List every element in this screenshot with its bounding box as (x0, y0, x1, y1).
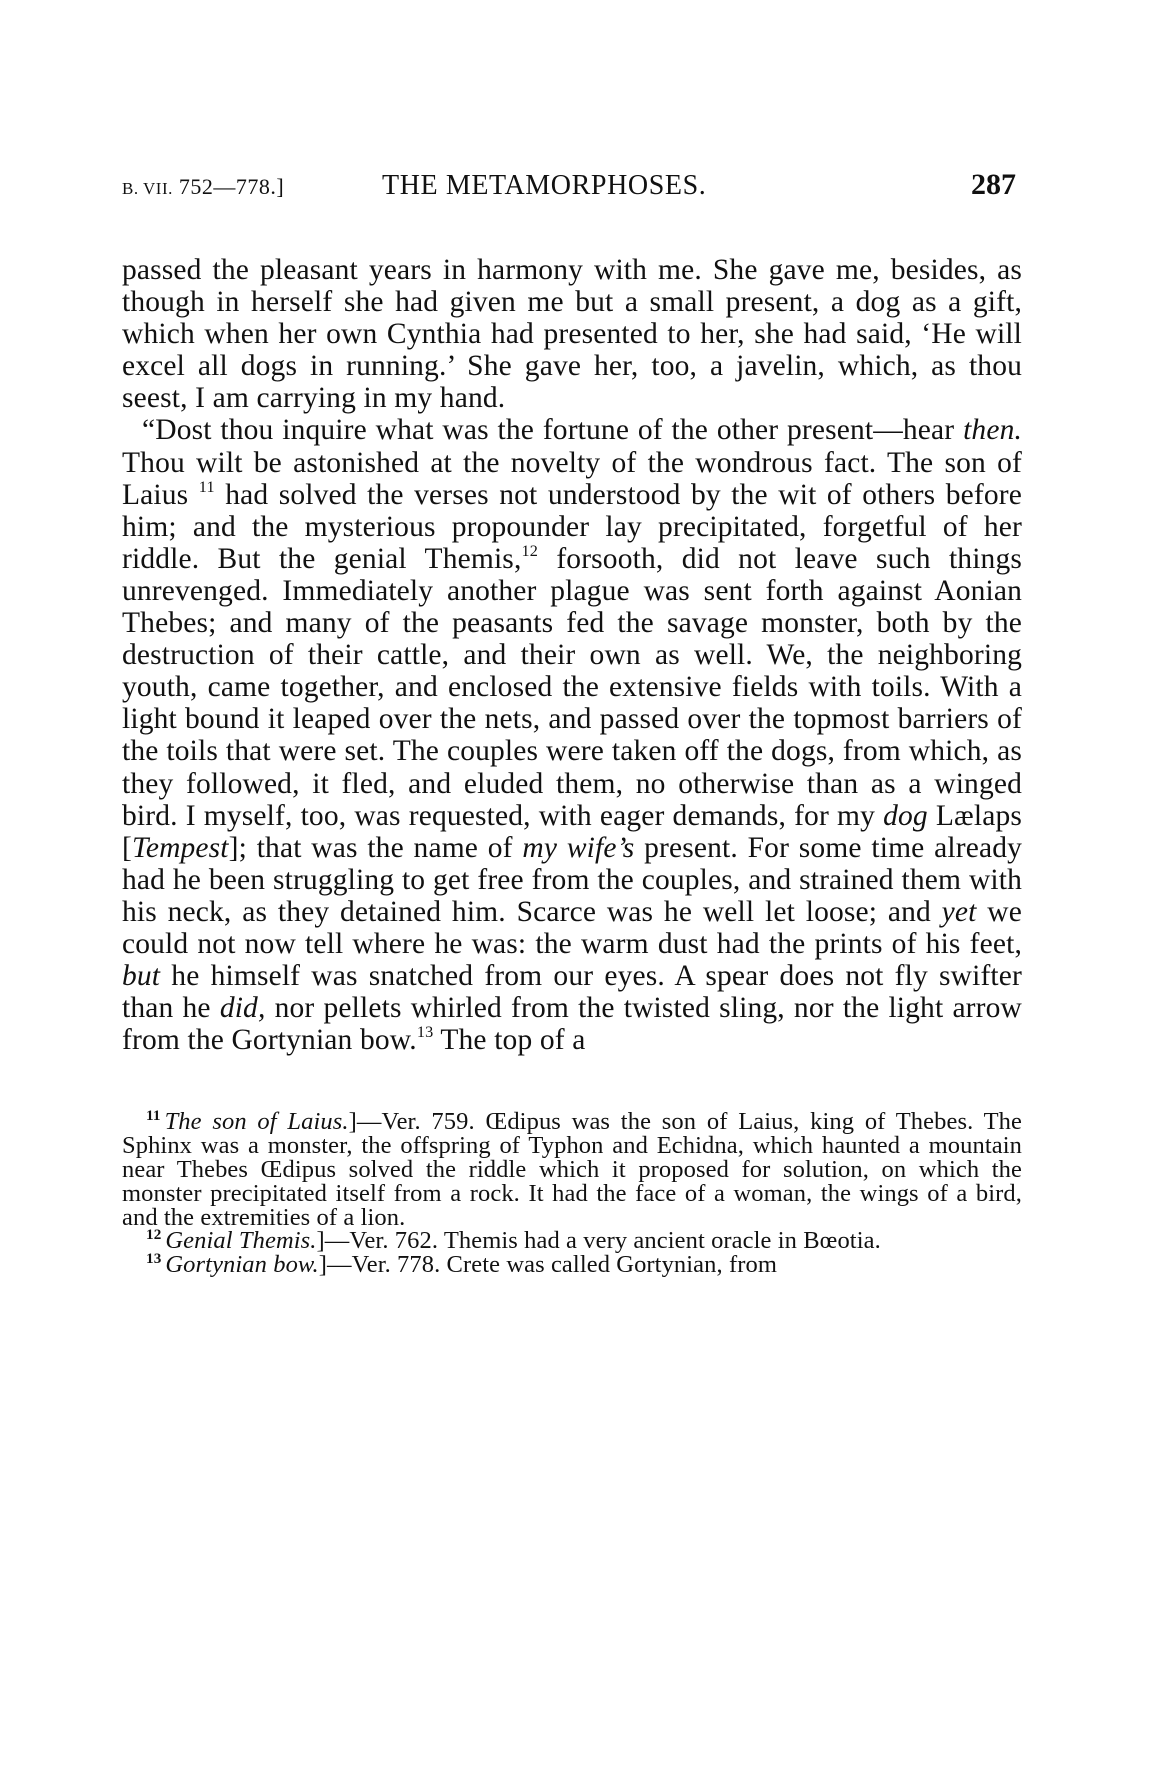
footnotes: 11The son of Laius.]—Ver. 759. Œdipus wa… (122, 1110, 1022, 1277)
italic-text: my wife’s (522, 832, 634, 864)
verse-reference: ]—Ver. 778. (319, 1251, 441, 1278)
page-number: 287 (936, 168, 1022, 202)
book-page: B. VII. 752—778.] THE METAMORPHOSES. 287… (122, 168, 1022, 1277)
paragraph: passed the pleasant years in harmony wit… (122, 254, 1022, 414)
footnote-number: 13 (146, 1250, 161, 1267)
footnote-number: 12 (146, 1226, 161, 1243)
main-text: passed the pleasant years in harmony wit… (122, 254, 1022, 1056)
text-run: The top of a (433, 1024, 585, 1056)
footnote-reference[interactable]: 13 (417, 1023, 434, 1041)
text-run: ]; that was the name of (229, 832, 523, 864)
italic-text: Tempest (132, 832, 229, 864)
text-run: “Dost thou inquire what was the fortune … (142, 414, 963, 446)
footnote-lemma: Gortynian bow. (165, 1251, 318, 1278)
footnote-text: Crete was called Gortynian, from (440, 1251, 777, 1278)
italic-text: yet (942, 896, 977, 928)
footnote: 11The son of Laius.]—Ver. 759. Œdipus wa… (122, 1110, 1022, 1229)
footnote-reference[interactable]: 12 (521, 542, 538, 560)
italic-text: then. (963, 414, 1022, 446)
footnote-number: 11 (146, 1107, 161, 1124)
running-head: B. VII. 752—778.] THE METAMORPHOSES. 287 (122, 168, 1022, 214)
italic-text: did, (220, 992, 266, 1024)
footnote: 12Genial Themis.]—Ver. 762. Themis had a… (122, 1229, 1022, 1253)
italic-text: dog (883, 800, 928, 832)
running-title: THE METAMORPHOSES. (382, 170, 936, 202)
footnote: 13Gortynian bow.]—Ver. 778. Crete was ca… (122, 1253, 1022, 1277)
footnote-reference[interactable]: 11 (199, 478, 215, 496)
italic-text: but (122, 960, 160, 992)
section-reference: B. VII. 752—778.] (122, 174, 382, 200)
line-range: 752—778.] (179, 174, 284, 199)
paragraph: “Dost thou inquire what was the fortune … (122, 414, 1022, 1056)
book-reference: B. VII. (122, 179, 173, 198)
text-run: passed the pleasant years in harmony wit… (122, 254, 1022, 414)
text-run: forsooth, did not leave such things unre… (122, 543, 1022, 832)
